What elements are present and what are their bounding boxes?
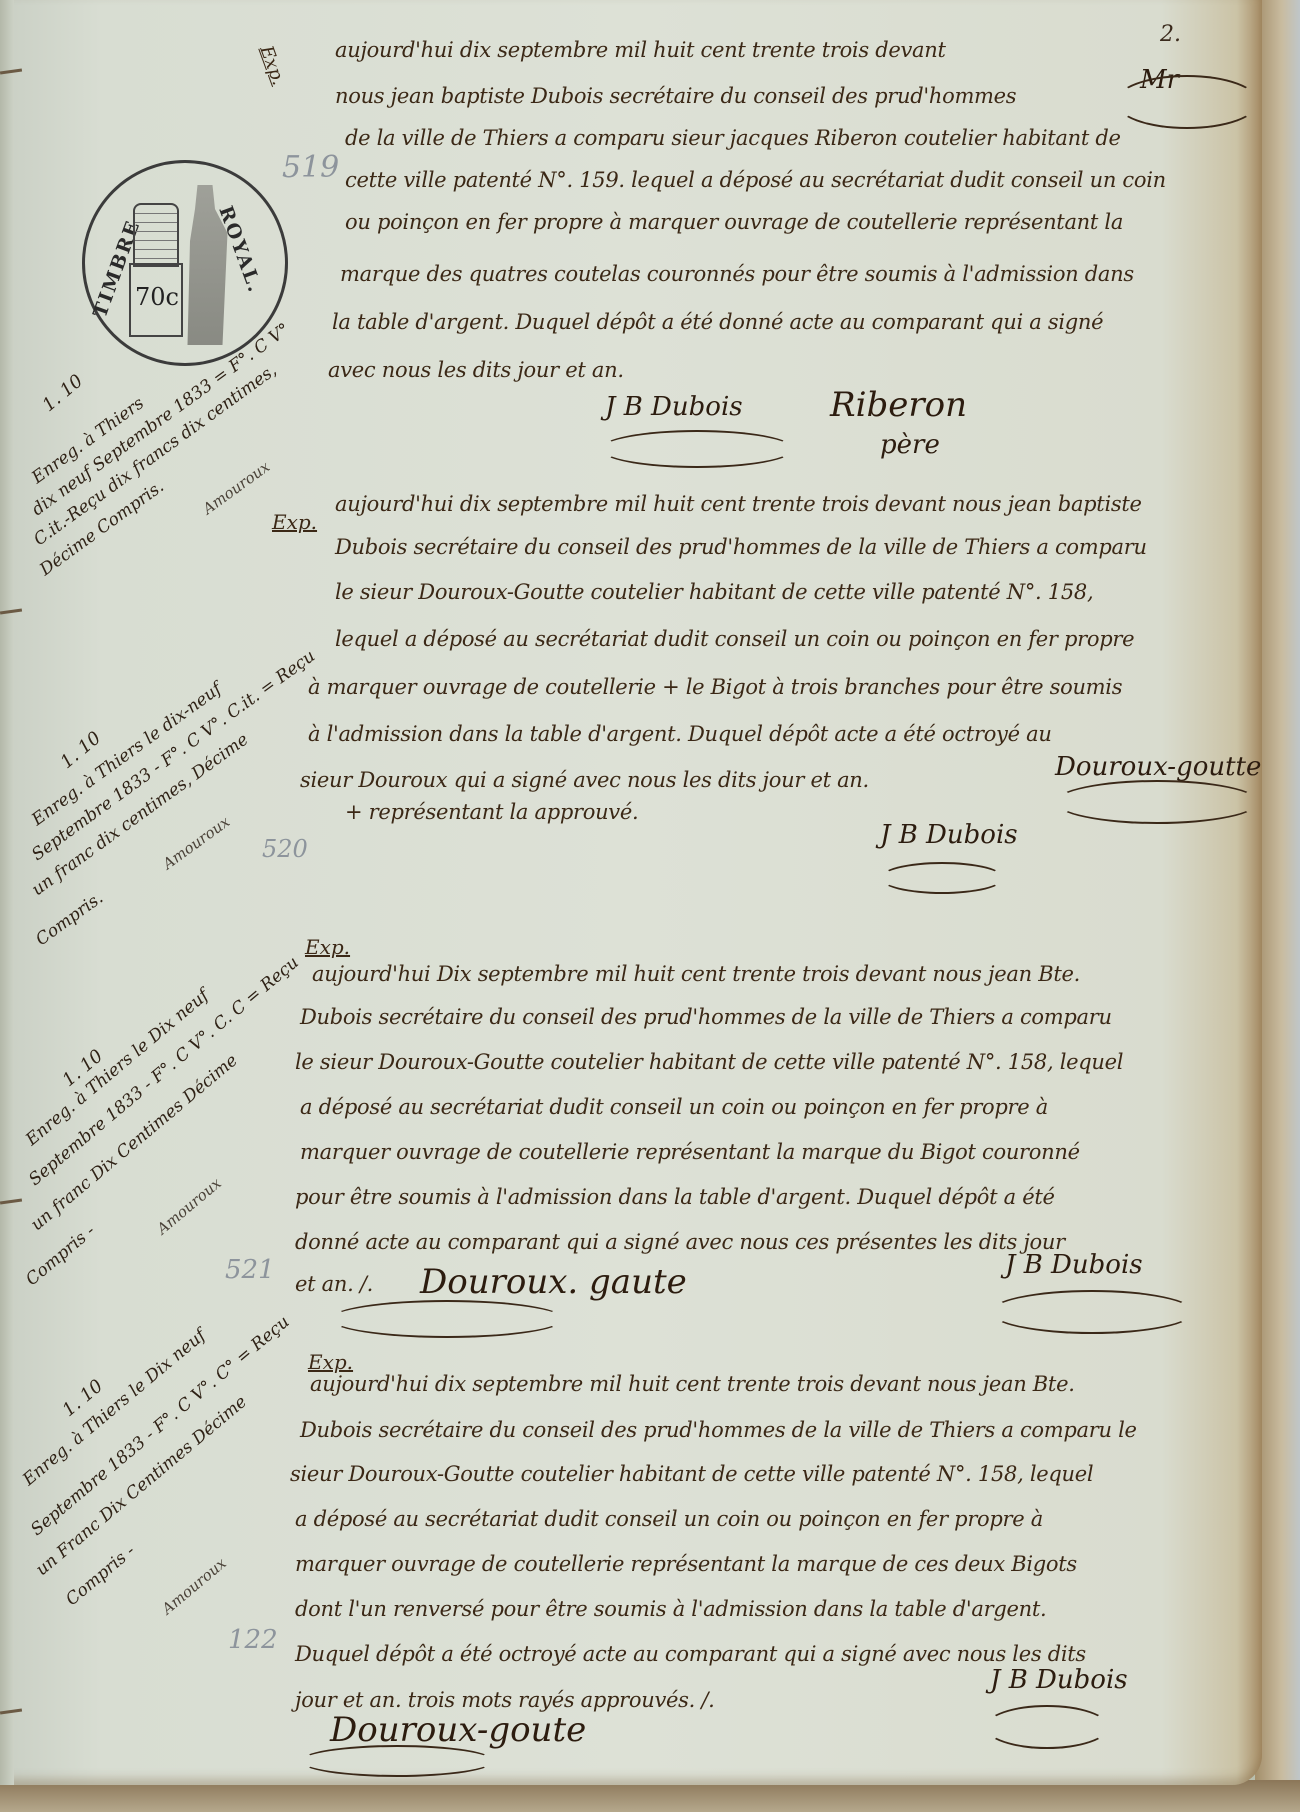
entry-line: et an. /. — [295, 1272, 373, 1296]
pencil-number: 519 — [282, 150, 339, 185]
entry-line: avec nous les dits jour et an. — [328, 358, 624, 382]
signature-flourish — [880, 862, 1004, 894]
signature-dubois: J B Dubois — [605, 392, 743, 422]
binding-margin — [0, 0, 14, 1785]
entry-line: a déposé au secrétariat dudit conseil un… — [300, 1095, 1048, 1119]
entry-line: Duquel dépôt a été octroyé acte au compa… — [295, 1642, 1086, 1666]
entry-marker: Exp. — [255, 43, 289, 88]
entry-line: dont l'un renversé pour être soumis à l'… — [295, 1597, 1046, 1621]
entry-line: sieur Douroux qui a signé avec nous les … — [300, 768, 869, 792]
entry-line: de la ville de Thiers a comparu sieur ja… — [345, 126, 1121, 150]
entry-line: Dubois secrétaire du conseil des prud'ho… — [300, 1418, 1137, 1442]
signature-douroux-gaute: Douroux. gaute — [420, 1262, 687, 1302]
entry-line: aujourd'hui Dix septembre mil huit cent … — [312, 962, 1080, 986]
entry-line: pour être soumis à l'admission dans la t… — [295, 1185, 1055, 1209]
entry-line: donné acte au comparant qui a signé avec… — [295, 1230, 1065, 1254]
pencil-number: 122 — [228, 1625, 278, 1655]
signature-douroux-goutte: Douroux-goutte — [1055, 752, 1261, 782]
entry-marker: Exp. — [305, 935, 350, 959]
entry-marker: Exp. — [308, 1350, 353, 1374]
entry-line: le sieur Douroux-Goutte coutelier habita… — [335, 580, 1093, 604]
entry-marker: Exp. — [272, 510, 317, 534]
stamp-tablet-icon — [133, 203, 179, 267]
entry-line: à l'admission dans la table d'argent. Du… — [308, 722, 1052, 746]
entry-line: marquer ouvrage de coutellerie représent… — [295, 1552, 1077, 1576]
registration-line: Enreg. à Thiers le Dix neuf — [22, 986, 213, 1150]
entry-line: aujourd'hui dix septembre mil huit cent … — [310, 1372, 1075, 1396]
signature-flourish — [330, 1300, 564, 1338]
timbre-royal-stamp: TIMBRE ROYAL. 70c — [82, 160, 288, 366]
registration-line: un franc Dix Centimes Décime — [27, 1050, 241, 1235]
entry-line: Dubois secrétaire du conseil des prud'ho… — [335, 535, 1147, 559]
registration-amount: 1. 10 — [39, 370, 88, 416]
entry-line: sieur Douroux-Goutte coutelier habitant … — [290, 1462, 1093, 1486]
entry-line: à marquer ouvrage de coutellerie + le Bi… — [308, 675, 1122, 699]
signature-dubois: J B Dubois — [1005, 1250, 1143, 1280]
signature-flourish — [985, 1705, 1109, 1749]
entry-line: nous jean baptiste Dubois secrétaire du … — [335, 84, 1016, 108]
pencil-number: 520 — [262, 835, 308, 863]
registration-line: Septembre 1833 - F°. C V°. C° = Reçu — [27, 1312, 293, 1540]
entry-line: marque des quatres coutelas couronnés po… — [340, 262, 1134, 286]
signature-flourish — [1055, 780, 1259, 824]
entry-line: cette ville patenté N°. 159. lequel a dé… — [345, 168, 1166, 192]
signature-flourish — [600, 430, 794, 468]
stamp-value: 70c — [135, 283, 179, 311]
clerk-signature: Amouroux — [199, 458, 273, 518]
entry-line: ou poinçon en fer propre à marquer ouvra… — [345, 210, 1123, 234]
clerk-signature: Amouroux — [153, 1174, 224, 1238]
page-number: 2. — [1160, 22, 1181, 47]
pencil-number: 521 — [225, 1255, 275, 1285]
signature-flourish — [990, 1290, 1194, 1334]
entry-line: la table d'argent. Duquel dépôt a été do… — [332, 310, 1103, 334]
mark-flourish — [1115, 75, 1259, 129]
signature-riberon: Riberon — [830, 385, 967, 425]
entry-line: aujourd'hui dix septembre mil huit cent … — [335, 492, 1142, 516]
signature-dubois: J B Dubois — [990, 1665, 1128, 1695]
entry-line: jour et an. trois mots rayés approuvés. … — [295, 1688, 715, 1712]
signature-flourish — [300, 1745, 494, 1777]
signature-dubois: J B Dubois — [880, 820, 1018, 850]
entry-line: aujourd'hui dix septembre mil huit cent … — [335, 38, 946, 62]
registration-line: un Franc Dix Centimes Décime — [32, 1392, 251, 1580]
entry-line: Dubois secrétaire du conseil des prud'ho… — [300, 1005, 1112, 1029]
signature-pere: père — [880, 430, 940, 460]
clerk-signature: Amouroux — [159, 813, 233, 873]
signature-douroux-goute: Douroux-goute — [330, 1710, 586, 1750]
manuscript-page: 2. TIMBRE ROYAL. 70c Exp. 519 aujourd'hu… — [0, 0, 1262, 1785]
entry-line: lequel a déposé au secrétariat dudit con… — [335, 627, 1134, 651]
entry-line: le sieur Douroux-Goutte coutelier habita… — [295, 1050, 1123, 1074]
entry-line: a déposé au secrétariat dudit conseil un… — [295, 1507, 1043, 1531]
entry-line: marquer ouvrage de coutellerie représent… — [300, 1140, 1080, 1164]
registration-line: Compris - — [22, 1221, 99, 1290]
entry-line-approval: + représentant la approuvé. — [345, 800, 638, 824]
clerk-signature: Amouroux — [158, 1554, 229, 1618]
